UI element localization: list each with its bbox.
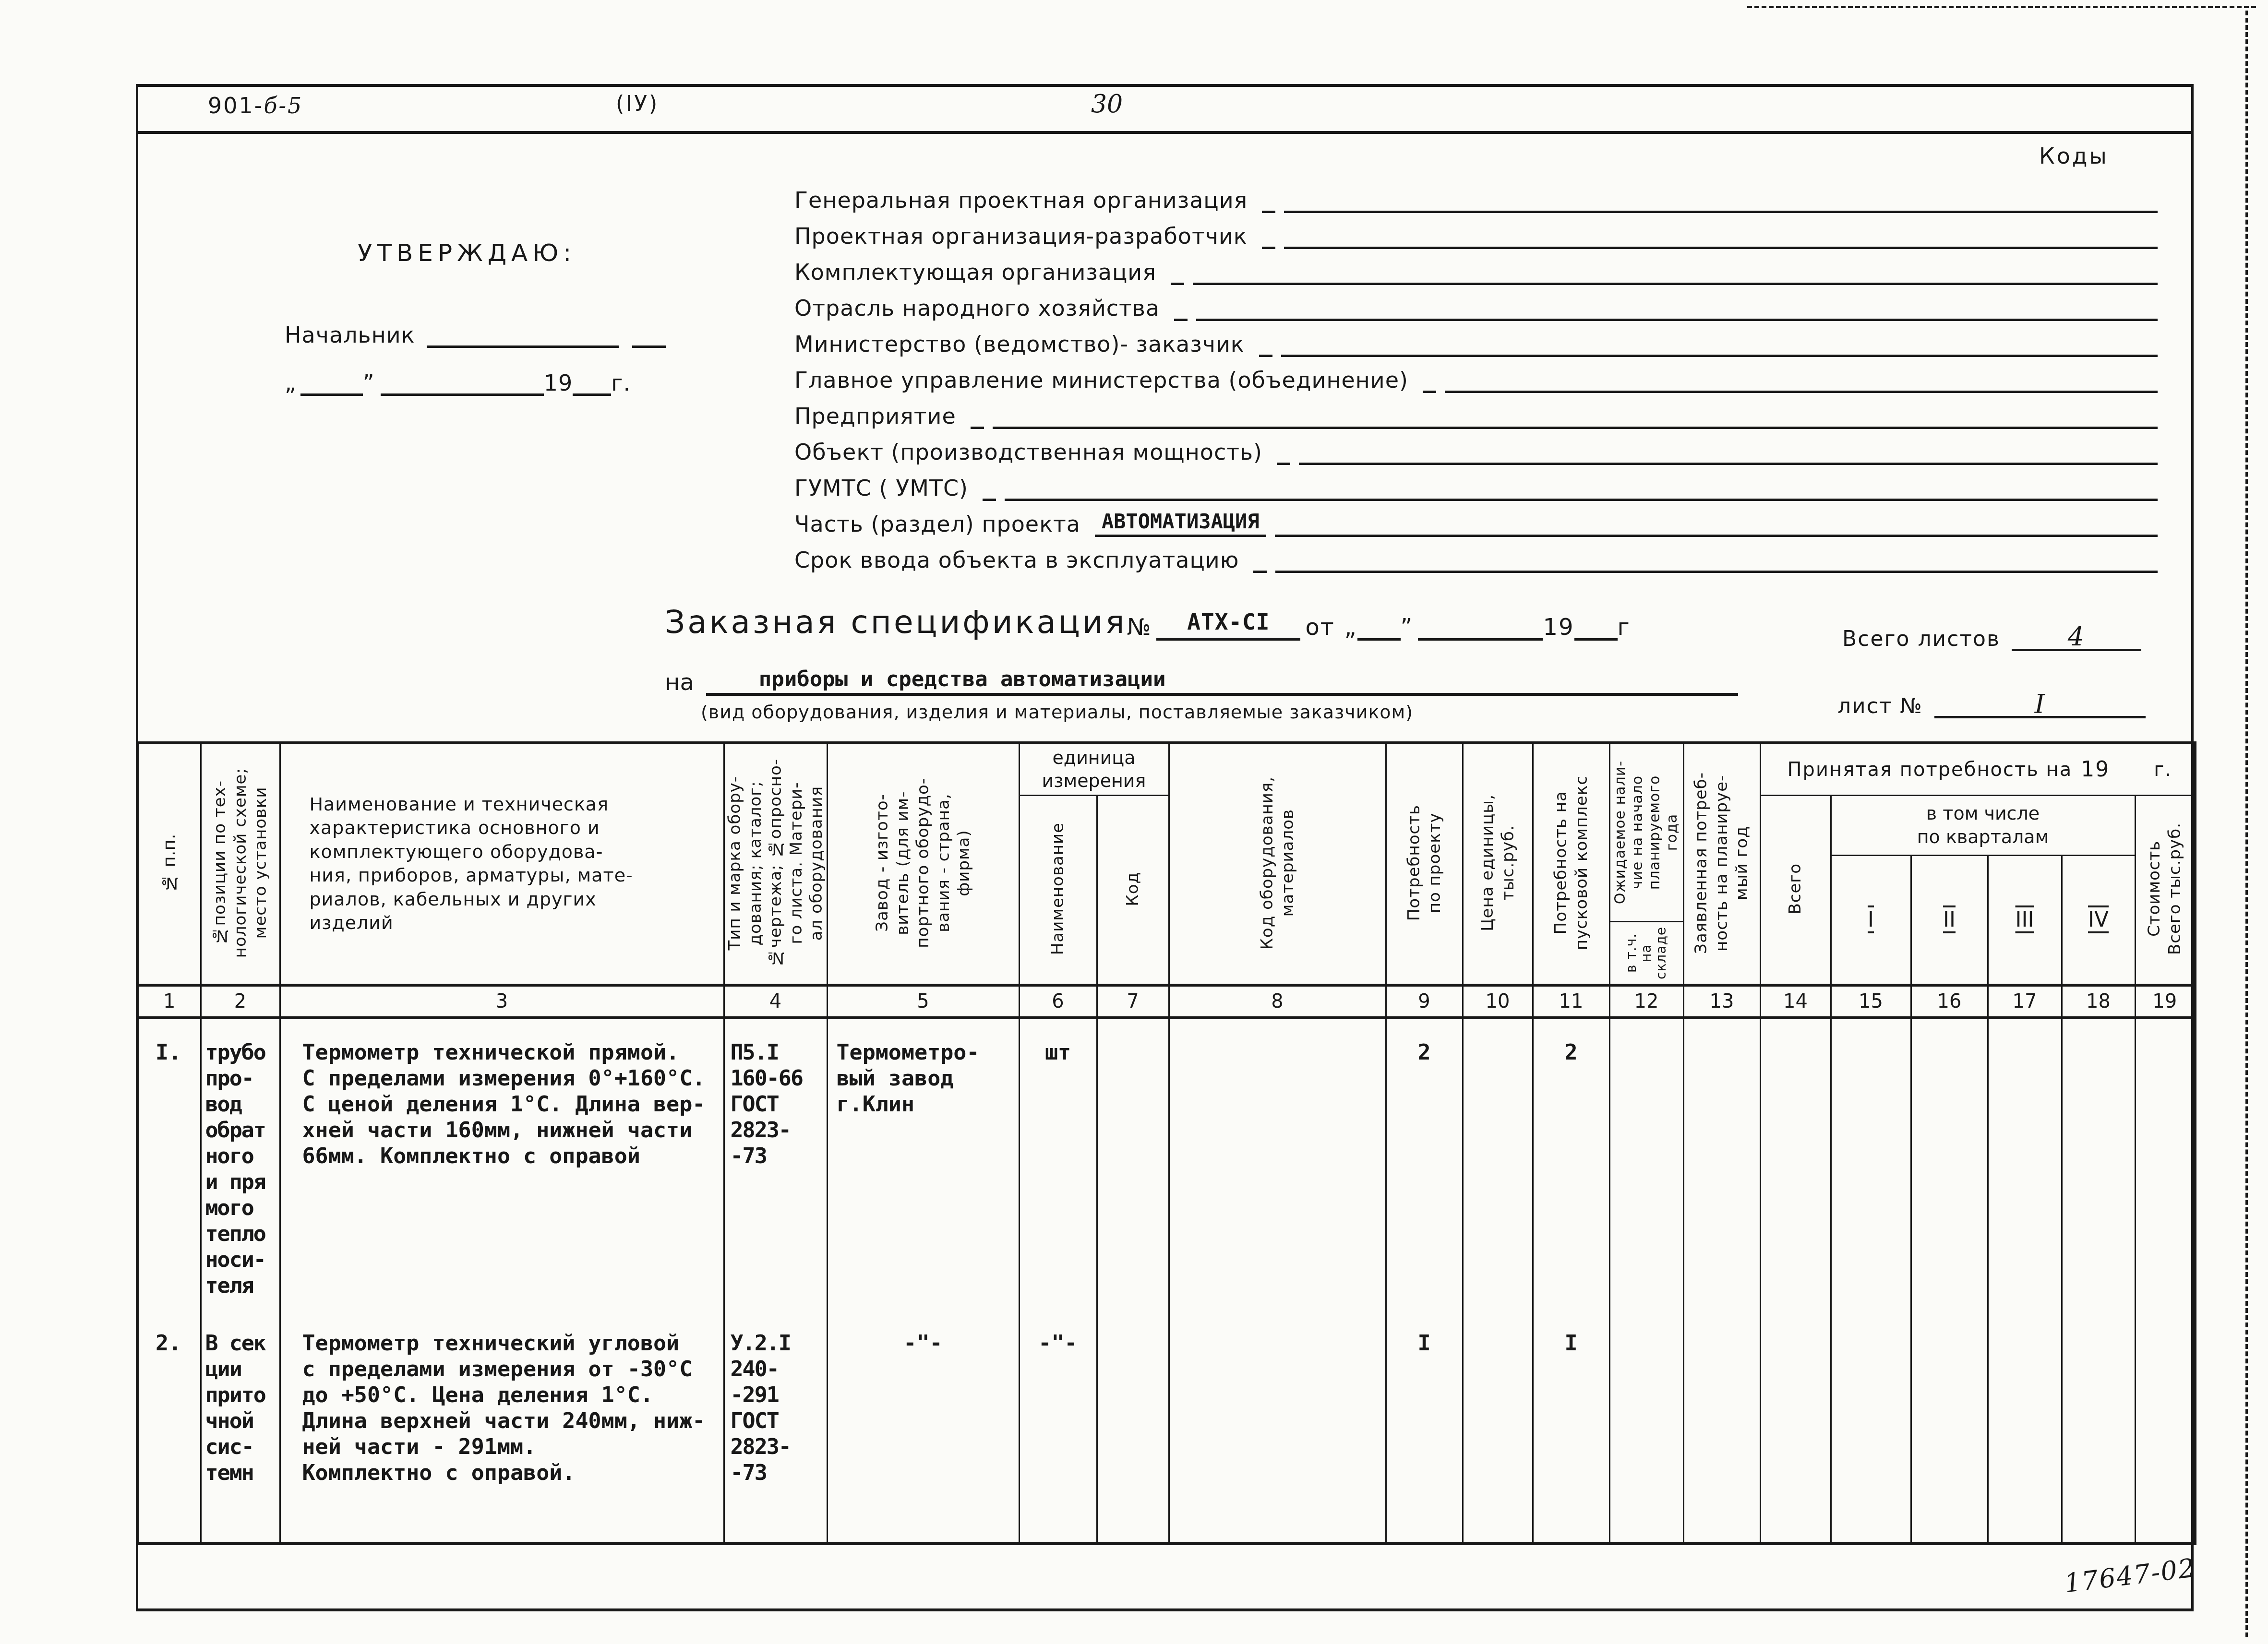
spec-title-row: Заказная спецификация № АТХ-СI от „ ” 19… [665, 604, 1631, 641]
org-line-project-part: Часть (раздел) проектаАВТОМАТИЗАЦИЯ [794, 509, 2158, 537]
col-header-startup-need: Потребность на пусковой комплекс [1533, 743, 1609, 985]
org-line-value [1174, 294, 1188, 321]
spec-year-blank [1574, 613, 1618, 641]
col-header-item-no: № п.п. [137, 743, 201, 985]
spec-close-quote: ” [1401, 614, 1414, 641]
org-line-value [1171, 258, 1184, 285]
cell-cost [2135, 1018, 2195, 1544]
spec-subject-prefix: на [665, 669, 694, 696]
spec-day-blank [1357, 613, 1401, 641]
table-body: I. 2. трубо про- вод обрат ного и пря мо… [137, 1018, 2195, 1544]
cell-position: трубо про- вод обрат ного и пря мого теп… [201, 1018, 280, 1544]
cell-declared [1683, 1018, 1760, 1544]
col-header-accepted-need-group: Принятая потребность на 19 г. [1760, 743, 2195, 796]
page-number: 30 [1091, 90, 1123, 119]
cell-name: Термометр технической прямой. С пределам… [280, 1018, 724, 1544]
org-line-label: Проектная организация-разработчик [794, 223, 1248, 249]
col-header-declared-need: Заявленная потреб- ность на планируе- мы… [1683, 743, 1760, 985]
accepted-need-year: 19 [2081, 757, 2110, 782]
row1-factory: Термометро- вый завод г.Клин [837, 1039, 980, 1117]
org-line-label: Часть (раздел) проекта [794, 511, 1080, 537]
format-code: (IУ) [616, 92, 659, 116]
spec-number-sign: № [1127, 614, 1152, 641]
org-line-value [1277, 438, 1290, 465]
org-line-object-capacity: Объект (производственная мощность) [794, 437, 2158, 465]
sheet-number-value: I [1934, 689, 2146, 718]
sheet-number-label: лист № [1837, 694, 1923, 718]
org-line-completing-org: Комплектующая организация [794, 257, 2158, 285]
org-line-value [971, 402, 984, 429]
col-header-project-need: Потребность по проекту [1386, 743, 1463, 985]
approval-date-blank-month [381, 369, 544, 396]
col-header-quarters-caption: в том числе по кварталам [1831, 796, 2135, 856]
spec-month-blank [1418, 613, 1543, 641]
cell-manufacturer: Термометро- вый завод г.Клин -"- [827, 1018, 1019, 1544]
scanned-specification-sheet: 901-б-5 (IУ) 30 Коды УТВЕРЖДАЮ: Начальни… [0, 0, 2268, 1644]
cell-unit-price [1463, 1018, 1533, 1544]
org-line-label: ГУМТС ( УМТС) [794, 475, 968, 501]
col-header-unit-code: Код [1097, 796, 1169, 985]
col-header-unit-price: Цена единицы, тыс.руб. [1463, 743, 1533, 985]
org-line-commissioning-date: Срок ввода объекта в эксплуатацию [794, 545, 2158, 573]
org-line-label: Комплектующая организация [794, 259, 1156, 285]
specification-table: № п.п. №позиции по тех- нологической схе… [136, 741, 2196, 1545]
sheet-number-row: лист № I [1837, 689, 2146, 718]
col-header-quarter-4: IV [2062, 856, 2135, 985]
cell-qty-project: 2 I [1386, 1018, 1463, 1544]
spec-subject-row: на приборы и средства автоматизации [665, 667, 1738, 696]
row2-qty-startup: I [1534, 1330, 1609, 1356]
total-sheets-row: Всего листов 4 [1842, 622, 2141, 651]
approval-date-line: „ ” 19 г. [285, 369, 707, 396]
approval-year-suffix: г. [611, 370, 631, 396]
col-header-quarter-1: I [1831, 856, 1911, 985]
col-header-manufacturer: Завод - изгото- витель (для им- портного… [827, 743, 1019, 985]
org-line-blank [1275, 509, 2158, 537]
row2-position: В сек ции прито чной сис- темн [205, 1330, 265, 1486]
spec-open-quote: „ [1344, 614, 1357, 641]
spec-year-suffix: г [1618, 614, 1631, 641]
cell-expected [1609, 1018, 1683, 1544]
top-edge-dashed-line [1747, 6, 2256, 8]
spec-subject-caption: (вид оборудования, изделия и материалы, … [701, 702, 1733, 723]
row1-position: трубо про- вод обрат ного и пря мого теп… [205, 1039, 265, 1299]
row2-qty-project: I [1387, 1330, 1462, 1356]
column-numbers-row: 12 34 56 78 910 1112 1314 1516 1718 19 [137, 985, 2195, 1018]
cell-total [1760, 1018, 1831, 1544]
org-line-blank [993, 401, 2158, 429]
col-header-unit-name: Наименование [1019, 796, 1097, 985]
handwritten-archive-number: 17647-02 [2063, 1552, 2197, 1598]
right-edge-dashed-line [2245, 11, 2248, 1637]
document-code-handwritten: б-5 [264, 93, 303, 119]
total-sheets-label: Всего листов [1842, 627, 2000, 651]
row2-factory-ditto: -"- [828, 1330, 1019, 1356]
org-line-blank [1284, 185, 2158, 213]
spec-subject-value: приборы и средства автоматизации [759, 667, 1166, 691]
spec-number-value: АТХ-СI [1156, 609, 1300, 641]
row1-num: I. [156, 1039, 181, 1065]
col-header-equipment-code: Код оборудования, материалов [1169, 743, 1386, 985]
cell-q4 [2062, 1018, 2135, 1544]
org-line-value [1423, 366, 1436, 393]
org-line-label: Министерство (ведомство)- заказчик [794, 331, 1245, 357]
row1-unit: шт [1020, 1039, 1096, 1065]
approval-date-blank-year [573, 369, 611, 396]
org-line-label: Отрасль народного хозяйства [794, 295, 1160, 321]
org-line-blank [1281, 329, 2158, 357]
org-line-blank [1005, 473, 2158, 501]
cell-qty-startup: 2 I [1533, 1018, 1609, 1544]
document-code-printed: 901- [208, 93, 264, 119]
accepted-need-year-suffix: г. [2154, 759, 2172, 781]
cell-unit-name: шт -"- [1019, 1018, 1097, 1544]
row1-type: П5.I 160-66 ГОСТ 2823- -73 [731, 1039, 803, 1169]
cell-q2 [1911, 1018, 1988, 1544]
col-header-quarter-2: II [1911, 856, 1988, 985]
approval-title: УТВЕРЖДАЮ: [358, 239, 576, 267]
org-line-label: Главное управление министерства (объедин… [794, 367, 1408, 393]
org-line-label: Генеральная проектная организация [794, 187, 1248, 213]
col-header-quarter-3: III [1988, 856, 2062, 985]
codes-label: Коды [2039, 143, 2109, 169]
org-line-blank [1299, 437, 2158, 465]
cell-type-mark: П5.I 160-66 ГОСТ 2823- -73 У.2.I 240- -2… [724, 1018, 827, 1544]
org-line-value [983, 474, 996, 501]
row1-qty-project: 2 [1387, 1039, 1462, 1065]
org-line-blank [1445, 365, 2158, 393]
approval-chief-line: Начальник [285, 321, 707, 348]
total-sheets-value: 4 [2012, 622, 2141, 651]
approval-year: 19 [544, 370, 573, 396]
col-header-type-mark: Тип и марка обору- дования; каталог; №че… [724, 743, 827, 985]
cell-q3 [1988, 1018, 2062, 1544]
accepted-need-label: Принятая потребность на [1788, 759, 2073, 781]
org-line-blank [1193, 257, 2158, 285]
org-line-value [1262, 222, 1275, 249]
org-line-blank [1284, 221, 2158, 249]
cell-item-no: I. 2. [137, 1018, 201, 1544]
org-line-main-directorate: Главное управление министерства (объедин… [794, 365, 2158, 393]
org-line-label: Предприятие [794, 403, 956, 429]
cell-unit-code [1097, 1018, 1169, 1544]
close-quote: ” [363, 370, 375, 396]
col-header-name-characteristics: Наименование и техническая характеристик… [280, 743, 724, 985]
spec-title: Заказная спецификация [665, 604, 1127, 641]
row2-type: У.2.I 240- -291 ГОСТ 2823- -73 [731, 1330, 791, 1486]
org-line-label: Срок ввода объекта в эксплуатацию [794, 547, 1239, 573]
row1-name: Термометр технической прямой. С пределам… [302, 1039, 706, 1169]
approval-chief-blank [427, 321, 619, 348]
document-code: 901-б-5 [208, 93, 303, 119]
org-line-blank [1275, 545, 2158, 573]
org-line-blank [1196, 293, 2158, 321]
col-header-unit-group: единица измерения [1019, 743, 1169, 796]
cell-equip-code [1169, 1018, 1386, 1544]
org-line-ministry-customer: Министерство (ведомство)- заказчик [794, 329, 2158, 357]
approval-chief-label: Начальник [285, 322, 415, 348]
col-header-expected-stock: в т.ч. на складе [1610, 921, 1683, 984]
org-line-value [1253, 546, 1267, 573]
spec-year: 19 [1543, 614, 1574, 641]
col-header-expected-availability: Ожидаемое нали- чие на начало планируемо… [1609, 743, 1683, 985]
org-line-enterprise: Предприятие [794, 401, 2158, 429]
org-line-general-design: Генеральная проектная организация [794, 185, 2158, 213]
org-line-value [1262, 186, 1275, 213]
frame-bottom-border [136, 1608, 2194, 1611]
row2-name: Термометр технический угловой с пределам… [302, 1330, 706, 1486]
org-line-gumts: ГУМТС ( УМТС) [794, 473, 2158, 501]
org-line-value [1259, 330, 1272, 357]
col-header-cost: Стоимость Всего тыс.руб. [2135, 796, 2195, 985]
row2-num: 2. [156, 1330, 181, 1356]
title-strip: 901-б-5 (IУ) 30 [136, 84, 2194, 134]
col-header-total: Всего [1760, 796, 1831, 985]
row2-unit-ditto: -"- [1020, 1330, 1096, 1356]
org-line-value-avtomatizacija: АВТОМАТИЗАЦИЯ [1095, 510, 1266, 537]
open-quote: „ [285, 370, 297, 396]
spec-from-label: от [1305, 614, 1334, 641]
col-header-position: №позиции по тех- нологической схеме; мес… [201, 743, 280, 985]
org-line-economy-branch: Отрасль народного хозяйства [794, 293, 2158, 321]
approval-chief-blank-2 [632, 321, 666, 348]
org-line-design-developer: Проектная организация-разработчик [794, 221, 2158, 249]
org-line-label: Объект (производственная мощность) [794, 439, 1262, 465]
row1-qty-startup: 2 [1534, 1039, 1609, 1065]
approval-date-blank-day [300, 369, 363, 396]
cell-q1 [1831, 1018, 1911, 1544]
